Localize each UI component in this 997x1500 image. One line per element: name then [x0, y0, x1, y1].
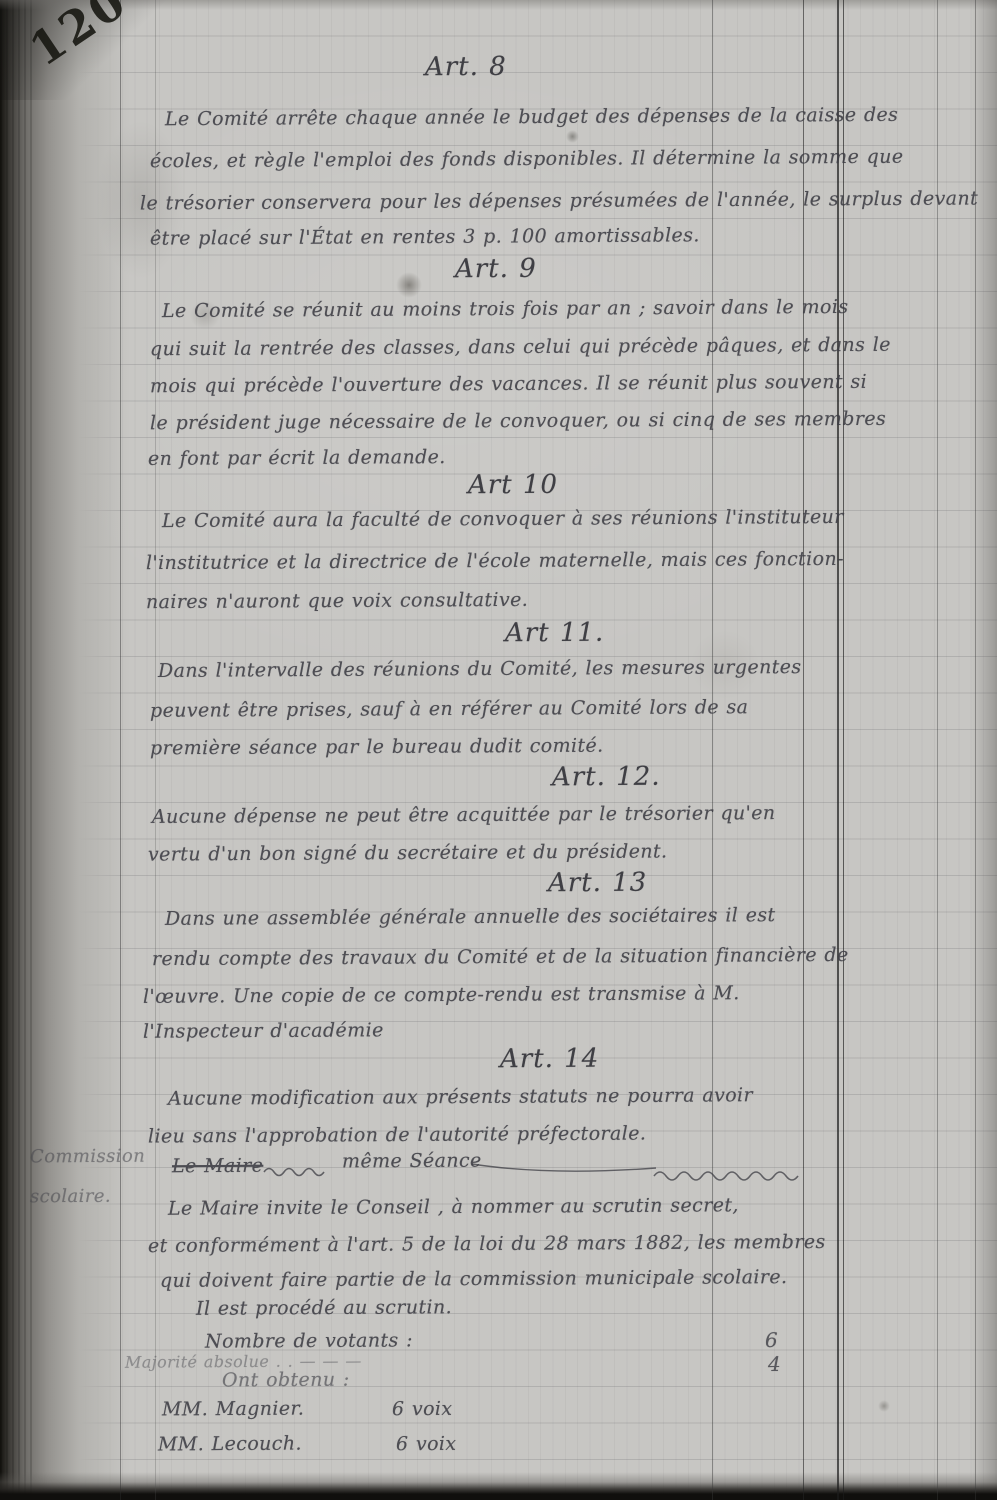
- vote-result-name: MM. Magnier.: [162, 1398, 304, 1421]
- article-heading: Art 11.: [505, 618, 604, 649]
- manuscript-line: Le Comité se réunit au moins trois fois …: [162, 296, 849, 322]
- manuscript-line: être placé sur l'État en rentes 3 p. 100…: [150, 224, 700, 249]
- manuscript-line: Il est procédé au scrutin.: [196, 1296, 452, 1320]
- manuscript-line: le président juge nécessaire de le convo…: [150, 408, 886, 434]
- manuscript-line: le trésorier conservera pour les dépense…: [140, 187, 978, 214]
- majorite-value: 4: [768, 1352, 781, 1376]
- column-rule-double: [837, 0, 839, 1500]
- article-heading: Art. 12.: [552, 762, 661, 793]
- vote-result-name: MM. Lecouch.: [158, 1433, 302, 1456]
- article-heading: Art. 8: [425, 52, 507, 82]
- manuscript-line: mois qui précède l'ouverture des vacance…: [150, 371, 867, 397]
- manuscript-line: l'institutrice et la directrice de l'éco…: [146, 548, 844, 574]
- manuscript-line: Aucune modification aux présents statuts…: [168, 1084, 753, 1110]
- manuscript-line: première séance par le bureau dudit comi…: [150, 735, 604, 760]
- manuscript-line: Dans une assemblée générale annuelle des…: [165, 904, 776, 930]
- manuscript-line: Le Comité arrête chaque année le budget …: [165, 104, 898, 130]
- manuscript-line: lieu sans l'approbation de l'autorité pr…: [148, 1122, 646, 1147]
- votants-label: Nombre de votants :: [205, 1329, 413, 1352]
- obtenu-label: Ont obtenu :: [222, 1369, 350, 1392]
- margin-note-line: scolaire.: [30, 1186, 111, 1207]
- paper-stain: [396, 272, 422, 298]
- manuscript-line: rendu compte des travaux du Comité et de…: [152, 944, 849, 970]
- manuscript-line: qui doivent faire partie de la commissio…: [160, 1266, 788, 1292]
- flourish-line-icon: [470, 1158, 660, 1176]
- ditto-squiggle-icon: [262, 1162, 328, 1178]
- margin-note-line: Commission: [30, 1146, 145, 1168]
- manuscript-line: l'Inspecteur d'académie: [143, 1019, 384, 1042]
- manuscript-line: et conformément à l'art. 5 de la loi du …: [148, 1231, 826, 1257]
- column-rule: [937, 0, 938, 1500]
- manuscript-line: peuvent être prises, sauf à en référer a…: [150, 696, 748, 722]
- manuscript-line: en font par écrit la demande.: [148, 446, 446, 470]
- struck-text: Le Maire: [172, 1155, 263, 1178]
- column-rule: [803, 0, 804, 1500]
- column-rule: [975, 0, 976, 1500]
- manuscript-line: Aucune dépense ne peut être acquittée pa…: [152, 802, 776, 828]
- manuscript-line: qui suit la rentrée des classes, dans ce…: [150, 334, 891, 361]
- manuscript-line: l'œuvre. Une copie de ce compte-rendu es…: [143, 982, 740, 1008]
- votants-value: 6: [765, 1328, 778, 1352]
- seance-label: même Séance: [342, 1150, 482, 1173]
- article-heading: Art 10: [468, 470, 558, 501]
- paper-stain: [566, 130, 579, 143]
- binding-streaks: [0, 0, 34, 1500]
- vote-result-count: 6 voix: [392, 1398, 453, 1420]
- article-heading: Art. 13: [548, 868, 647, 899]
- page-edge-top: [0, 0, 997, 10]
- vote-result-count: 6 voix: [396, 1433, 457, 1455]
- column-rule-double: [843, 0, 844, 1500]
- manuscript-line: Dans l'intervalle des réunions du Comité…: [158, 656, 802, 682]
- margin-rule: [120, 0, 121, 1500]
- page-edge-bottom: [0, 1472, 997, 1500]
- manuscript-line: vertu d'un bon signé du secrétaire et du…: [148, 840, 668, 865]
- article-heading: Art. 9: [455, 254, 537, 284]
- paper-stain: [878, 1400, 890, 1412]
- ditto-squiggle-icon: [652, 1166, 802, 1182]
- manuscript-page: 120 Art. 8 Le Comité arrête chaque année…: [0, 0, 997, 1500]
- manuscript-line: Le Comité aura la faculté de convoquer à…: [162, 506, 844, 532]
- article-heading: Art. 14: [500, 1044, 599, 1075]
- manuscript-line: Le Maire invite le Conseil , à nommer au…: [168, 1194, 739, 1219]
- manuscript-line: écoles, et règle l'emploi des fonds disp…: [150, 146, 904, 173]
- manuscript-line: naires n'auront que voix consultative.: [146, 589, 528, 613]
